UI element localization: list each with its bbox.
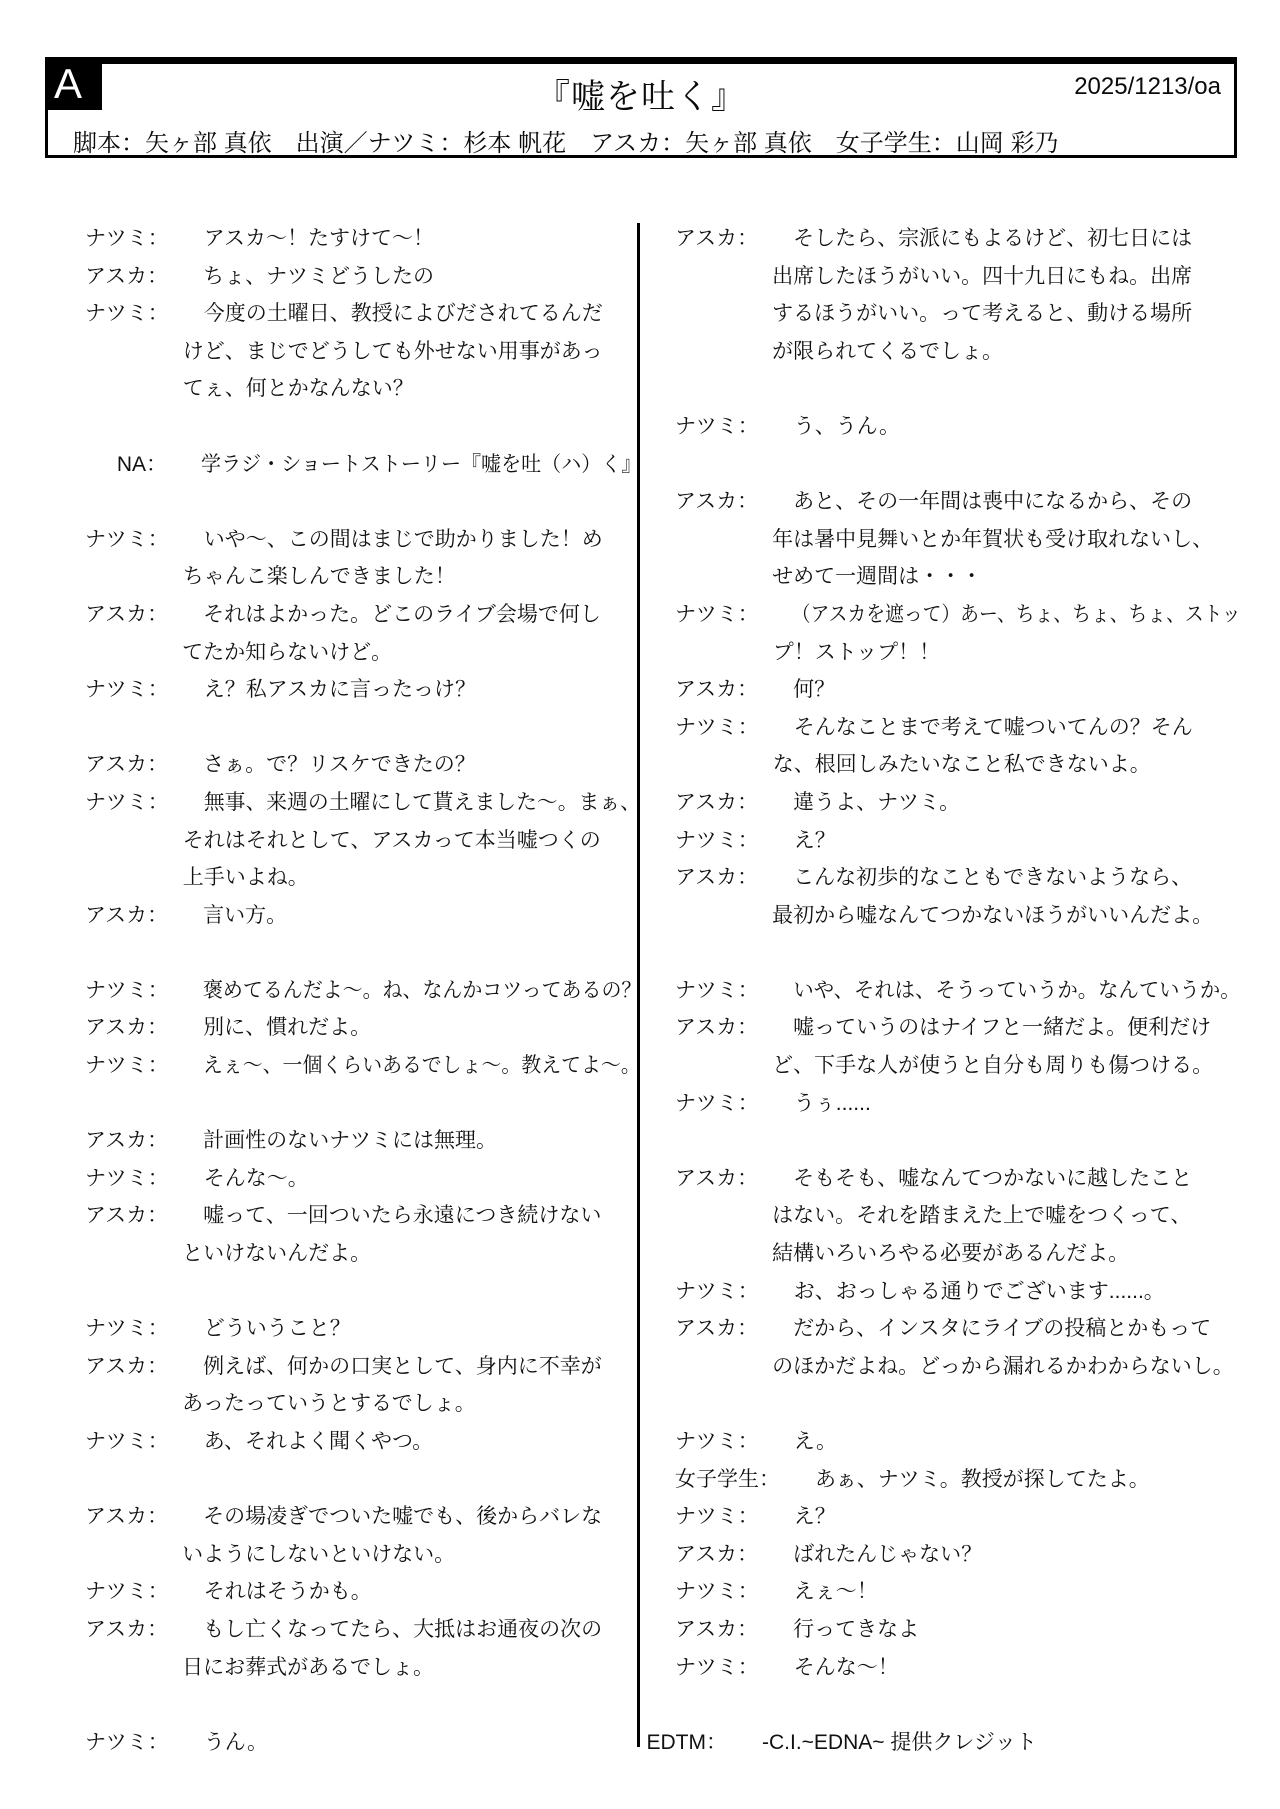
speaker-label: ナツミ： xyxy=(675,1085,759,1123)
dialogue-line: それはそれとして、アスカって本当嘘つくの xyxy=(183,822,601,860)
speaker-label: アスカ： xyxy=(85,596,168,634)
dialogue-line: プ！ストップ！！ xyxy=(773,634,940,672)
dialogue-line: 出席したほうがいい。四十九日にもね。出席 xyxy=(772,258,1192,296)
dialogue-line: うぅ...... xyxy=(773,1085,871,1123)
speaker-label: アスカ： xyxy=(675,1310,758,1348)
dialogue-line: 嘘っていうのはナイフと一緒だよ。便利だけ xyxy=(772,1009,1211,1047)
credits-line: 脚本：矢ヶ部 真依 出演／ナツミ：杉本 帆花 アスカ：矢ヶ部 真依 女子学生：山… xyxy=(73,123,1058,158)
dialogue-line: 言い方。 xyxy=(182,897,287,935)
dialogue-line: が限られてくるでしょ。 xyxy=(772,333,1003,371)
dialogue-text: え。 xyxy=(773,1423,1241,1461)
dialogue-entry: ナツミ：どういうこと？ xyxy=(85,1310,641,1348)
dialogue-text: -C.I.~EDNA~ 提供クレジット xyxy=(741,1724,1241,1762)
dialogue-entry: アスカ：こんな初歩的なこともできないようなら、最初から嘘なんてつかないほうがいい… xyxy=(675,859,1241,934)
dialogue-entry: ナツミ：そんな～！ xyxy=(675,1649,1241,1687)
dialogue-line: いや～、この間はまじで助かりました！め xyxy=(183,521,603,559)
dialogue-line: もし亡くなってたら、大抵はお通夜の次の xyxy=(182,1611,602,1649)
blank-line xyxy=(85,1085,641,1123)
dialogue-entry: アスカ：別に、慣れだよ。 xyxy=(85,1009,641,1047)
speaker-label: ナツミ： xyxy=(675,822,759,860)
dialogue-text: いや、それは、そうっていうか。なんていうか。 xyxy=(773,972,1241,1010)
dialogue-text: あぁ、ナツミ。教授が探してたよ。 xyxy=(794,1461,1241,1499)
dialogue-line: え。 xyxy=(773,1423,837,1461)
dialogue-text: 例えば、何かの口実として、身内に不幸があったっていうとするでしょ。 xyxy=(182,1348,641,1423)
dialogue-line: 別に、慣れだよ。 xyxy=(182,1009,371,1047)
dialogue-entry: 女子学生：あぁ、ナツミ。教授が探してたよ。 xyxy=(675,1461,1241,1499)
dialogue-entry: アスカ：そしたら、宗派にもよるけど、初七日には出席したほうがいい。四十九日にもね… xyxy=(675,220,1241,370)
speaker-label: ナツミ： xyxy=(85,671,169,709)
dialogue-line: あと、その一年間は喪中になるから、その xyxy=(772,483,1192,521)
speaker-label: アスカ： xyxy=(85,1197,168,1235)
speaker-label: ナツミ： xyxy=(85,784,169,822)
dialogue-line: どういうこと？ xyxy=(183,1310,351,1348)
dialogue-text: さぁ。で？リスケできたの？ xyxy=(182,746,641,784)
dialogue-text: ばれたんじゃない？ xyxy=(772,1536,1241,1574)
dialogue-line: 最初から嘘なんてつかないほうがいいんだよ。 xyxy=(772,897,1213,935)
speaker-label: NA： xyxy=(85,446,167,484)
dialogue-entry: ナツミ：え？私アスカに言ったっけ？ xyxy=(85,671,641,709)
dialogue-text: 学ラジ・ショートストーリー『嘘を吐（ハ）く』 xyxy=(181,446,641,484)
dialogue-entry: ナツミ：え。 xyxy=(675,1423,1241,1461)
dialogue-line: それはよかった。どこのライブ会場で何し xyxy=(182,596,601,634)
dialogue-line: いようにしないといけない。 xyxy=(182,1536,455,1574)
dialogue-text: 今度の土曜日、教授によびだされてるんだけど、まじでどうしても外せない用事があって… xyxy=(183,295,641,408)
dialogue-entry: アスカ：その場凌ぎでついた嘘でも、後からバレないようにしないといけない。 xyxy=(85,1498,641,1573)
blank-line xyxy=(85,1461,641,1499)
dialogue-text: こんな初歩的なこともできないようなら、最初から嘘なんてつかないほうがいいんだよ。 xyxy=(772,859,1241,934)
blank-line xyxy=(675,446,1241,484)
dialogue-text: え？ xyxy=(773,1498,1241,1536)
blank-line xyxy=(675,1122,1241,1160)
dialogue-line: 嘘って、一回ついたら永遠につき続けない xyxy=(182,1197,601,1235)
dialogue-text: えぇ～、一個くらいあるでしょ～。教えてよ～。 xyxy=(183,1047,641,1085)
dialogue-line: 日にお葬式があるでしょ。 xyxy=(182,1649,434,1687)
dialogue-line: その場凌ぎでついた嘘でも、後からバレな xyxy=(182,1498,602,1536)
dialogue-line: てたか知らないけど。 xyxy=(182,634,392,672)
dialogue-line: ばれたんじゃない？ xyxy=(772,1536,982,1574)
dialogue-line: けど、まじでどうしても外せない用事があっ xyxy=(183,333,603,371)
dialogue-entry: EDTM：-C.I.~EDNA~ 提供クレジット xyxy=(645,1724,1241,1762)
dialogue-text: いや～、この間はまじで助かりました！めちゃんこ楽しんできました！ xyxy=(183,521,641,596)
speaker-label: アスカ： xyxy=(675,483,758,521)
dialogue-line: そもそも、嘘なんてつかないに越したこと xyxy=(772,1160,1192,1198)
dialogue-entry: アスカ：例えば、何かの口実として、身内に不幸があったっていうとするでしょ。 xyxy=(85,1348,641,1423)
dialogue-text: う、うん。 xyxy=(773,408,1241,446)
speaker-label: ナツミ： xyxy=(675,972,759,1010)
dialogue-entry: ナツミ：そんな～。 xyxy=(85,1160,641,1198)
dialogue-entry: アスカ：あと、その一年間は喪中になるから、その年は暑中見舞いとか年賀状も受け取れ… xyxy=(675,483,1241,596)
air-date: 2025/1213/oa xyxy=(1074,73,1221,101)
dialogue-text: その場凌ぎでついた嘘でも、後からバレないようにしないといけない。 xyxy=(182,1498,641,1573)
dialogue-line: ど、下手な人が使うと自分も周りも傷つける。 xyxy=(772,1047,1213,1085)
dialogue-text: ちょ、ナツミどうしたの xyxy=(182,258,641,296)
speaker-label: アスカ： xyxy=(85,1348,168,1386)
dialogue-entry: ナツミ：アスカ～！たすけて～！ xyxy=(85,220,641,258)
dialogue-entry: ナツミ：そんなことまで考えて嘘ついてんの？そんな、根回しみたいなこと私できないよ… xyxy=(675,709,1241,784)
dialogue-line: あったっていうとするでしょ。 xyxy=(182,1385,476,1423)
speaker-label: ナツミ： xyxy=(85,295,169,333)
dialogue-entry: アスカ：そもそも、嘘なんてつかないに越したことはない。それを踏まえた上で嘘をつく… xyxy=(675,1160,1241,1273)
dialogue-line: あぁ、ナツミ。教授が探してたよ。 xyxy=(794,1461,1150,1499)
speaker-label: ナツミ： xyxy=(85,1047,169,1085)
blank-line xyxy=(85,709,641,747)
dialogue-text: そしたら、宗派にもよるけど、初七日には出席したほうがいい。四十九日にもね。出席す… xyxy=(772,220,1241,370)
speaker-label: ナツミ： xyxy=(85,521,169,559)
speaker-label: ナツミ： xyxy=(85,1423,169,1461)
dialogue-line: いや、それは、そうっていうか。なんていうか。 xyxy=(773,972,1241,1010)
dialogue-line: 上手いよね。 xyxy=(183,859,309,897)
speaker-label: ナツミ： xyxy=(675,1573,759,1611)
dialogue-entry: アスカ：行ってきなよ xyxy=(675,1611,1241,1649)
header-box: A 『嘘を吐く』 2025/1213/oa 脚本：矢ヶ部 真依 出演／ナツミ：杉… xyxy=(45,57,1237,158)
speaker-label: 女子学生： xyxy=(675,1461,780,1499)
speaker-label: ナツミ： xyxy=(675,596,759,634)
dialogue-line: それはそうかも。 xyxy=(183,1573,372,1611)
dialogue-entry: アスカ：ばれたんじゃない？ xyxy=(675,1536,1241,1574)
blank-line xyxy=(675,934,1241,972)
dialogue-text: 何？ xyxy=(772,671,1241,709)
script-column-left: ナツミ：アスカ～！たすけて～！アスカ：ちょ、ナツミどうしたのナツミ：今度の土曜日… xyxy=(85,220,641,1761)
dialogue-line: こんな初歩的なこともできないようなら、 xyxy=(772,859,1192,897)
dialogue-line: 結構いろいろやる必要があるんだよ。 xyxy=(772,1235,1129,1273)
dialogue-line: 褒めてるんだよ～。ね、なんかコツってあるの？ xyxy=(183,972,641,1010)
dialogue-entry: アスカ：さぁ。で？リスケできたの？ xyxy=(85,746,641,784)
blank-line xyxy=(85,1686,641,1724)
dialogue-text: 無事、来週の土曜にして貰えました～。まぁ、それはそれとして、アスカって本当嘘つく… xyxy=(183,784,641,897)
dialogue-text: そんなことまで考えて嘘ついてんの？そんな、根回しみたいなこと私できないよ。 xyxy=(773,709,1241,784)
dialogue-text: 褒めてるんだよ～。ね、なんかコツってあるの？ xyxy=(183,972,641,1010)
dialogue-text: 言い方。 xyxy=(182,897,641,935)
dialogue-line: そんなことまで考えて嘘ついてんの？そん xyxy=(773,709,1193,747)
dialogue-entry: ナツミ：（アスカを遮って）あー、ちょ、ちょ、ちょ、ストップ！ストップ！！ xyxy=(675,596,1241,671)
dialogue-entry: アスカ：嘘っていうのはナイフと一緒だよ。便利だけど、下手な人が使うと自分も周りも… xyxy=(675,1009,1241,1084)
dialogue-text: もし亡くなってたら、大抵はお通夜の次の日にお葬式があるでしょ。 xyxy=(182,1611,641,1686)
dialogue-text: 行ってきなよ xyxy=(772,1611,1241,1649)
speaker-label: アスカ： xyxy=(675,1160,758,1198)
dialogue-line: え？ xyxy=(773,822,836,860)
speaker-label: ナツミ： xyxy=(675,1273,759,1311)
dialogue-line: 何？ xyxy=(772,671,835,709)
speaker-label: アスカ： xyxy=(675,1009,758,1047)
dialogue-line: お、おっしゃる通りでございます......。 xyxy=(773,1273,1165,1311)
dialogue-text: うぅ...... xyxy=(773,1085,1241,1123)
dialogue-text: アスカ～！たすけて～！ xyxy=(183,220,641,258)
dialogue-line: え？ xyxy=(773,1498,836,1536)
dialogue-entry: アスカ：何？ xyxy=(675,671,1241,709)
dialogue-line: そんな～。 xyxy=(183,1160,309,1198)
dialogue-line: な、根回しみたいなこと私できないよ。 xyxy=(773,746,1151,784)
speaker-label: アスカ： xyxy=(85,1498,168,1536)
dialogue-line: てぇ、何とかなんない？ xyxy=(183,370,414,408)
dialogue-line: はない。それを踏まえた上で嘘をつくって、 xyxy=(772,1197,1191,1235)
dialogue-line: そしたら、宗派にもよるけど、初七日には xyxy=(772,220,1192,258)
dialogue-entry: アスカ：だから、インスタにライブの投稿とかもってのほかだよね。どっから漏れるかわ… xyxy=(675,1310,1241,1385)
speaker-label: ナツミ： xyxy=(675,1649,759,1687)
dialogue-text: 違うよ、ナツミ。 xyxy=(772,784,1241,822)
speaker-label: アスカ： xyxy=(675,859,758,897)
dialogue-line: だから、インスタにライブの投稿とかもって xyxy=(772,1310,1211,1348)
page-title: 『嘘を吐く』 xyxy=(48,69,1234,118)
dialogue-entry: ナツミ：お、おっしゃる通りでございます......。 xyxy=(675,1273,1241,1311)
speaker-label: アスカ： xyxy=(85,1122,168,1160)
dialogue-line: 例えば、何かの口実として、身内に不幸が xyxy=(182,1348,602,1386)
dialogue-entry: アスカ：言い方。 xyxy=(85,897,641,935)
speaker-label: アスカ： xyxy=(85,258,168,296)
dialogue-line: のほかだよね。どっから漏れるかわからないし。 xyxy=(772,1348,1234,1386)
speaker-label: ナツミ： xyxy=(85,1724,169,1762)
speaker-label: アスカ： xyxy=(85,746,168,784)
speaker-label: ナツミ： xyxy=(675,408,759,446)
dialogue-entry: NA：学ラジ・ショートストーリー『嘘を吐（ハ）く』 xyxy=(85,446,641,484)
speaker-label: ナツミ： xyxy=(85,220,169,258)
blank-line xyxy=(675,1686,1241,1724)
dialogue-text: うん。 xyxy=(183,1724,641,1762)
dialogue-text: そもそも、嘘なんてつかないに越したことはない。それを踏まえた上で嘘をつくって、結… xyxy=(772,1160,1241,1273)
dialogue-entry: ナツミ：う、うん。 xyxy=(675,408,1241,446)
speaker-label: アスカ： xyxy=(85,897,168,935)
dialogue-text: それはそうかも。 xyxy=(183,1573,641,1611)
dialogue-entry: アスカ：計画性のないナツミには無理。 xyxy=(85,1122,641,1160)
blank-line xyxy=(85,1273,641,1311)
dialogue-text: そんな～！ xyxy=(773,1649,1241,1687)
dialogue-entry: ナツミ：えぇ～、一個くらいあるでしょ～。教えてよ～。 xyxy=(85,1047,641,1085)
dialogue-entry: アスカ：もし亡くなってたら、大抵はお通夜の次の日にお葬式があるでしょ。 xyxy=(85,1611,641,1686)
speaker-label: ナツミ： xyxy=(85,972,169,1010)
speaker-label: アスカ： xyxy=(85,1611,168,1649)
dialogue-line: えぇ～！ xyxy=(773,1573,878,1611)
speaker-label: ナツミ： xyxy=(85,1573,169,1611)
dialogue-entry: ナツミ：いや、それは、そうっていうか。なんていうか。 xyxy=(675,972,1241,1010)
dialogue-line: 学ラジ・ショートストーリー『嘘を吐（ハ）く』 xyxy=(181,446,641,484)
dialogue-entry: ナツミ：あ、それよく聞くやつ。 xyxy=(85,1423,641,1461)
dialogue-text: 嘘っていうのはナイフと一緒だよ。便利だけど、下手な人が使うと自分も周りも傷つける… xyxy=(772,1009,1241,1084)
speaker-label: ナツミ： xyxy=(675,1423,759,1461)
speaker-label: アスカ： xyxy=(675,1536,758,1574)
dialogue-entry: ナツミ：いや～、この間はまじで助かりました！めちゃんこ楽しんできました！ xyxy=(85,521,641,596)
speaker-label: アスカ： xyxy=(675,220,758,258)
dialogue-line: え？私アスカに言ったっけ？ xyxy=(183,671,476,709)
dialogue-entry: アスカ：それはよかった。どこのライブ会場で何してたか知らないけど。 xyxy=(85,596,641,671)
dialogue-text: えぇ～！ xyxy=(773,1573,1241,1611)
speaker-label: アスカ： xyxy=(675,1611,758,1649)
dialogue-line: そんな～！ xyxy=(773,1649,899,1687)
dialogue-line: せめて一週間は・・・ xyxy=(772,558,982,596)
speaker-label: ナツミ： xyxy=(85,1160,169,1198)
dialogue-text: 嘘って、一回ついたら永遠につき続けないといけないんだよ。 xyxy=(182,1197,641,1272)
speaker-label: ナツミ： xyxy=(85,1310,169,1348)
dialogue-line: アスカ～！たすけて～！ xyxy=(183,220,434,258)
dialogue-text: あ、それよく聞くやつ。 xyxy=(183,1423,641,1461)
dialogue-text: お、おっしゃる通りでございます......。 xyxy=(773,1273,1241,1311)
dialogue-line: あ、それよく聞くやつ。 xyxy=(183,1423,433,1461)
dialogue-entry: アスカ：ちょ、ナツミどうしたの xyxy=(85,258,641,296)
dialogue-entry: ナツミ：うぅ...... xyxy=(675,1085,1241,1123)
blank-line xyxy=(675,1385,1241,1423)
dialogue-line: えぇ～、一個くらいあるでしょ～。教えてよ～。 xyxy=(183,1047,641,1085)
dialogue-text: どういうこと？ xyxy=(183,1310,641,1348)
speaker-label: ナツミ： xyxy=(675,709,759,747)
dialogue-entry: ナツミ：え？ xyxy=(675,1498,1241,1536)
dialogue-line: 今度の土曜日、教授によびだされてるんだ xyxy=(183,295,603,333)
blank-line xyxy=(85,483,641,521)
dialogue-entry: ナツミ：褒めてるんだよ～。ね、なんかコツってあるの？ xyxy=(85,972,641,1010)
dialogue-entry: アスカ：違うよ、ナツミ。 xyxy=(675,784,1241,822)
dialogue-text: だから、インスタにライブの投稿とかもってのほかだよね。どっから漏れるかわからない… xyxy=(772,1310,1241,1385)
dialogue-line: うん。 xyxy=(183,1724,268,1762)
blank-line xyxy=(85,408,641,446)
dialogue-entry: ナツミ：え？ xyxy=(675,822,1241,860)
dialogue-line: 年は暑中見舞いとか年賀状も受け取れないし、 xyxy=(772,521,1213,559)
dialogue-entry: ナツミ：今度の土曜日、教授によびだされてるんだけど、まじでどうしても外せない用事… xyxy=(85,295,641,408)
speaker-label: アスカ： xyxy=(675,784,758,822)
dialogue-line: 違うよ、ナツミ。 xyxy=(772,784,960,822)
blank-line xyxy=(85,934,641,972)
dialogue-line: 無事、来週の土曜にして貰えました～。まぁ、 xyxy=(183,784,641,822)
dialogue-line: う、うん。 xyxy=(773,408,900,446)
dialogue-entry: ナツミ：無事、来週の土曜にして貰えました～。まぁ、それはそれとして、アスカって本… xyxy=(85,784,641,897)
dialogue-entry: ナツミ：それはそうかも。 xyxy=(85,1573,641,1611)
speaker-label: アスカ： xyxy=(85,1009,168,1047)
dialogue-entry: ナツミ：うん。 xyxy=(85,1724,641,1762)
dialogue-text: あと、その一年間は喪中になるから、その年は暑中見舞いとか年賀状も受け取れないし、… xyxy=(772,483,1241,596)
dialogue-text: 計画性のないナツミには無理。 xyxy=(182,1122,641,1160)
dialogue-text: 別に、慣れだよ。 xyxy=(182,1009,641,1047)
speaker-label: EDTM： xyxy=(645,1724,727,1762)
dialogue-line: さぁ。で？リスケできたの？ xyxy=(182,746,476,784)
dialogue-text: え？私アスカに言ったっけ？ xyxy=(183,671,641,709)
dialogue-line: するほうがいい。って考えると、動ける場所 xyxy=(772,295,1192,333)
dialogue-text: それはよかった。どこのライブ会場で何してたか知らないけど。 xyxy=(182,596,641,671)
dialogue-line: 計画性のないナツミには無理。 xyxy=(182,1122,497,1160)
dialogue-line: 行ってきなよ xyxy=(772,1611,919,1649)
speaker-label: ナツミ： xyxy=(675,1498,759,1536)
dialogue-entry: ナツミ：えぇ～！ xyxy=(675,1573,1241,1611)
dialogue-line: （アスカを遮って）あー、ちょ、ちょ、ちょ、ストッ xyxy=(773,596,1241,634)
dialogue-text: （アスカを遮って）あー、ちょ、ちょ、ちょ、ストップ！ストップ！！ xyxy=(773,596,1241,671)
dialogue-line: -C.I.~EDNA~ 提供クレジット xyxy=(741,1724,1037,1762)
dialogue-text: そんな～。 xyxy=(183,1160,641,1198)
dialogue-entry: アスカ：嘘って、一回ついたら永遠につき続けないといけないんだよ。 xyxy=(85,1197,641,1272)
dialogue-text: え？ xyxy=(773,822,1241,860)
blank-line xyxy=(675,370,1241,408)
dialogue-line: といけないんだよ。 xyxy=(182,1235,371,1273)
dialogue-line: ちゃんこ楽しんできました！ xyxy=(183,558,456,596)
speaker-label: アスカ： xyxy=(675,671,758,709)
dialogue-line: ちょ、ナツミどうしたの xyxy=(182,258,434,296)
script-column-right: アスカ：そしたら、宗派にもよるけど、初七日には出席したほうがいい。四十九日にもね… xyxy=(675,220,1241,1761)
